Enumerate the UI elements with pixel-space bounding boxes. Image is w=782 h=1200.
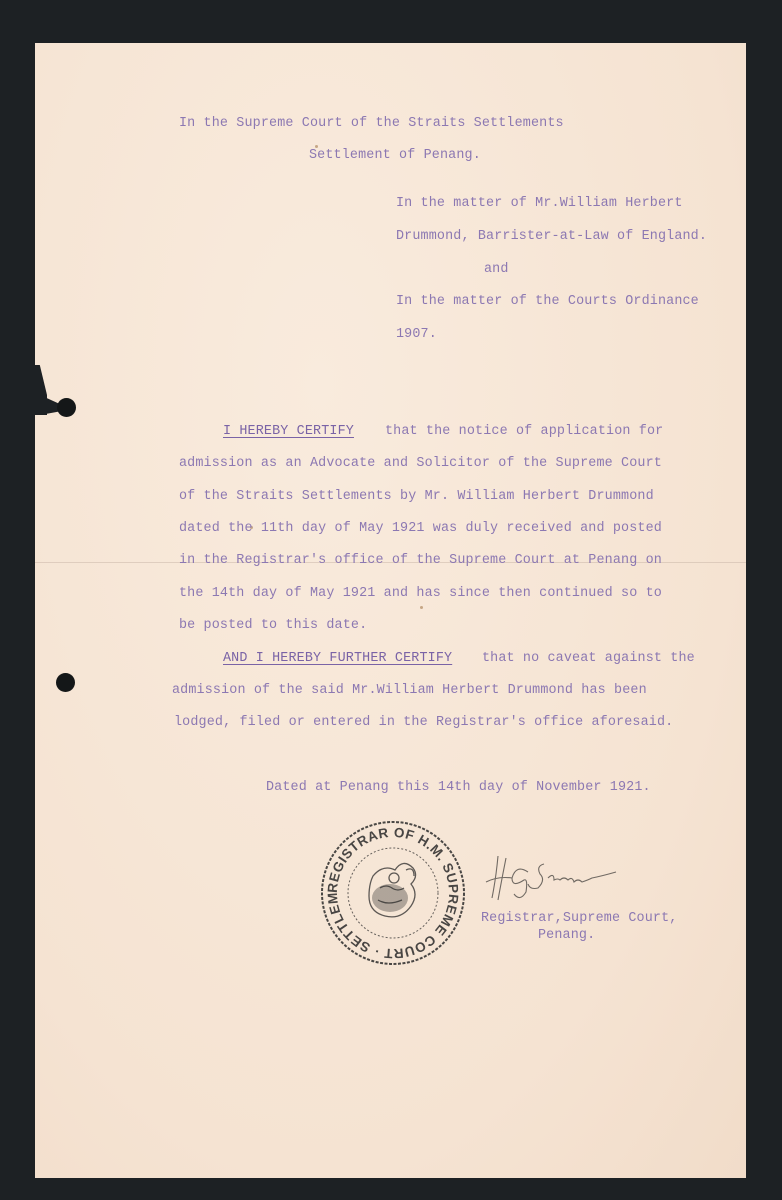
paper-speck [420,606,423,609]
registrar-seal: REGISTRAR OF H.M. SUPREME COURT · SETTLE… [318,818,468,968]
certify-text: of the Straits Settlements by Mr. Willia… [179,489,654,504]
court-heading: In the Supreme Court of the Straits Sett… [179,116,564,131]
punch-hole [57,398,76,417]
punch-hole [56,673,75,692]
certify-text: the 14th day of May 1921 and has since t… [179,586,662,601]
certify-heading: I HEREBY CERTIFY [223,424,354,439]
signatory-place: Penang. [538,928,595,943]
further-certify-heading: AND I HEREBY FURTHER CERTIFY [223,651,452,666]
certify-text: that the notice of application for [385,424,663,439]
matter-line: 1907. [396,327,437,342]
certify-text: in the Registrar's office of the Supreme… [179,553,662,568]
matter-line: In the matter of Mr.William Herbert [396,196,683,211]
settlement-heading: Settlement of Penang. [309,148,481,163]
certify-text: be posted to this date. [179,618,367,633]
certify-text: lodged, filed or entered in the Registra… [174,715,673,730]
registrar-signature: H G Sarwar [484,852,624,902]
document-page [35,43,746,1178]
signatory-title: Registrar,Supreme Court, [481,911,677,926]
matter-line: In the matter of the Courts Ordinance [396,294,699,309]
certify-text: that no caveat against the [482,651,695,666]
matter-line: Drummond, Barrister-at-Law of England. [396,229,707,244]
matter-line: and [484,262,509,277]
certify-text: admission as an Advocate and Solicitor o… [179,456,662,471]
certify-text: admission of the said Mr.William Herbert… [172,683,647,698]
certify-text: dated the 11th day of May 1921 was duly … [179,521,662,536]
dated-line: Dated at Penang this 14th day of Novembe… [266,780,651,795]
